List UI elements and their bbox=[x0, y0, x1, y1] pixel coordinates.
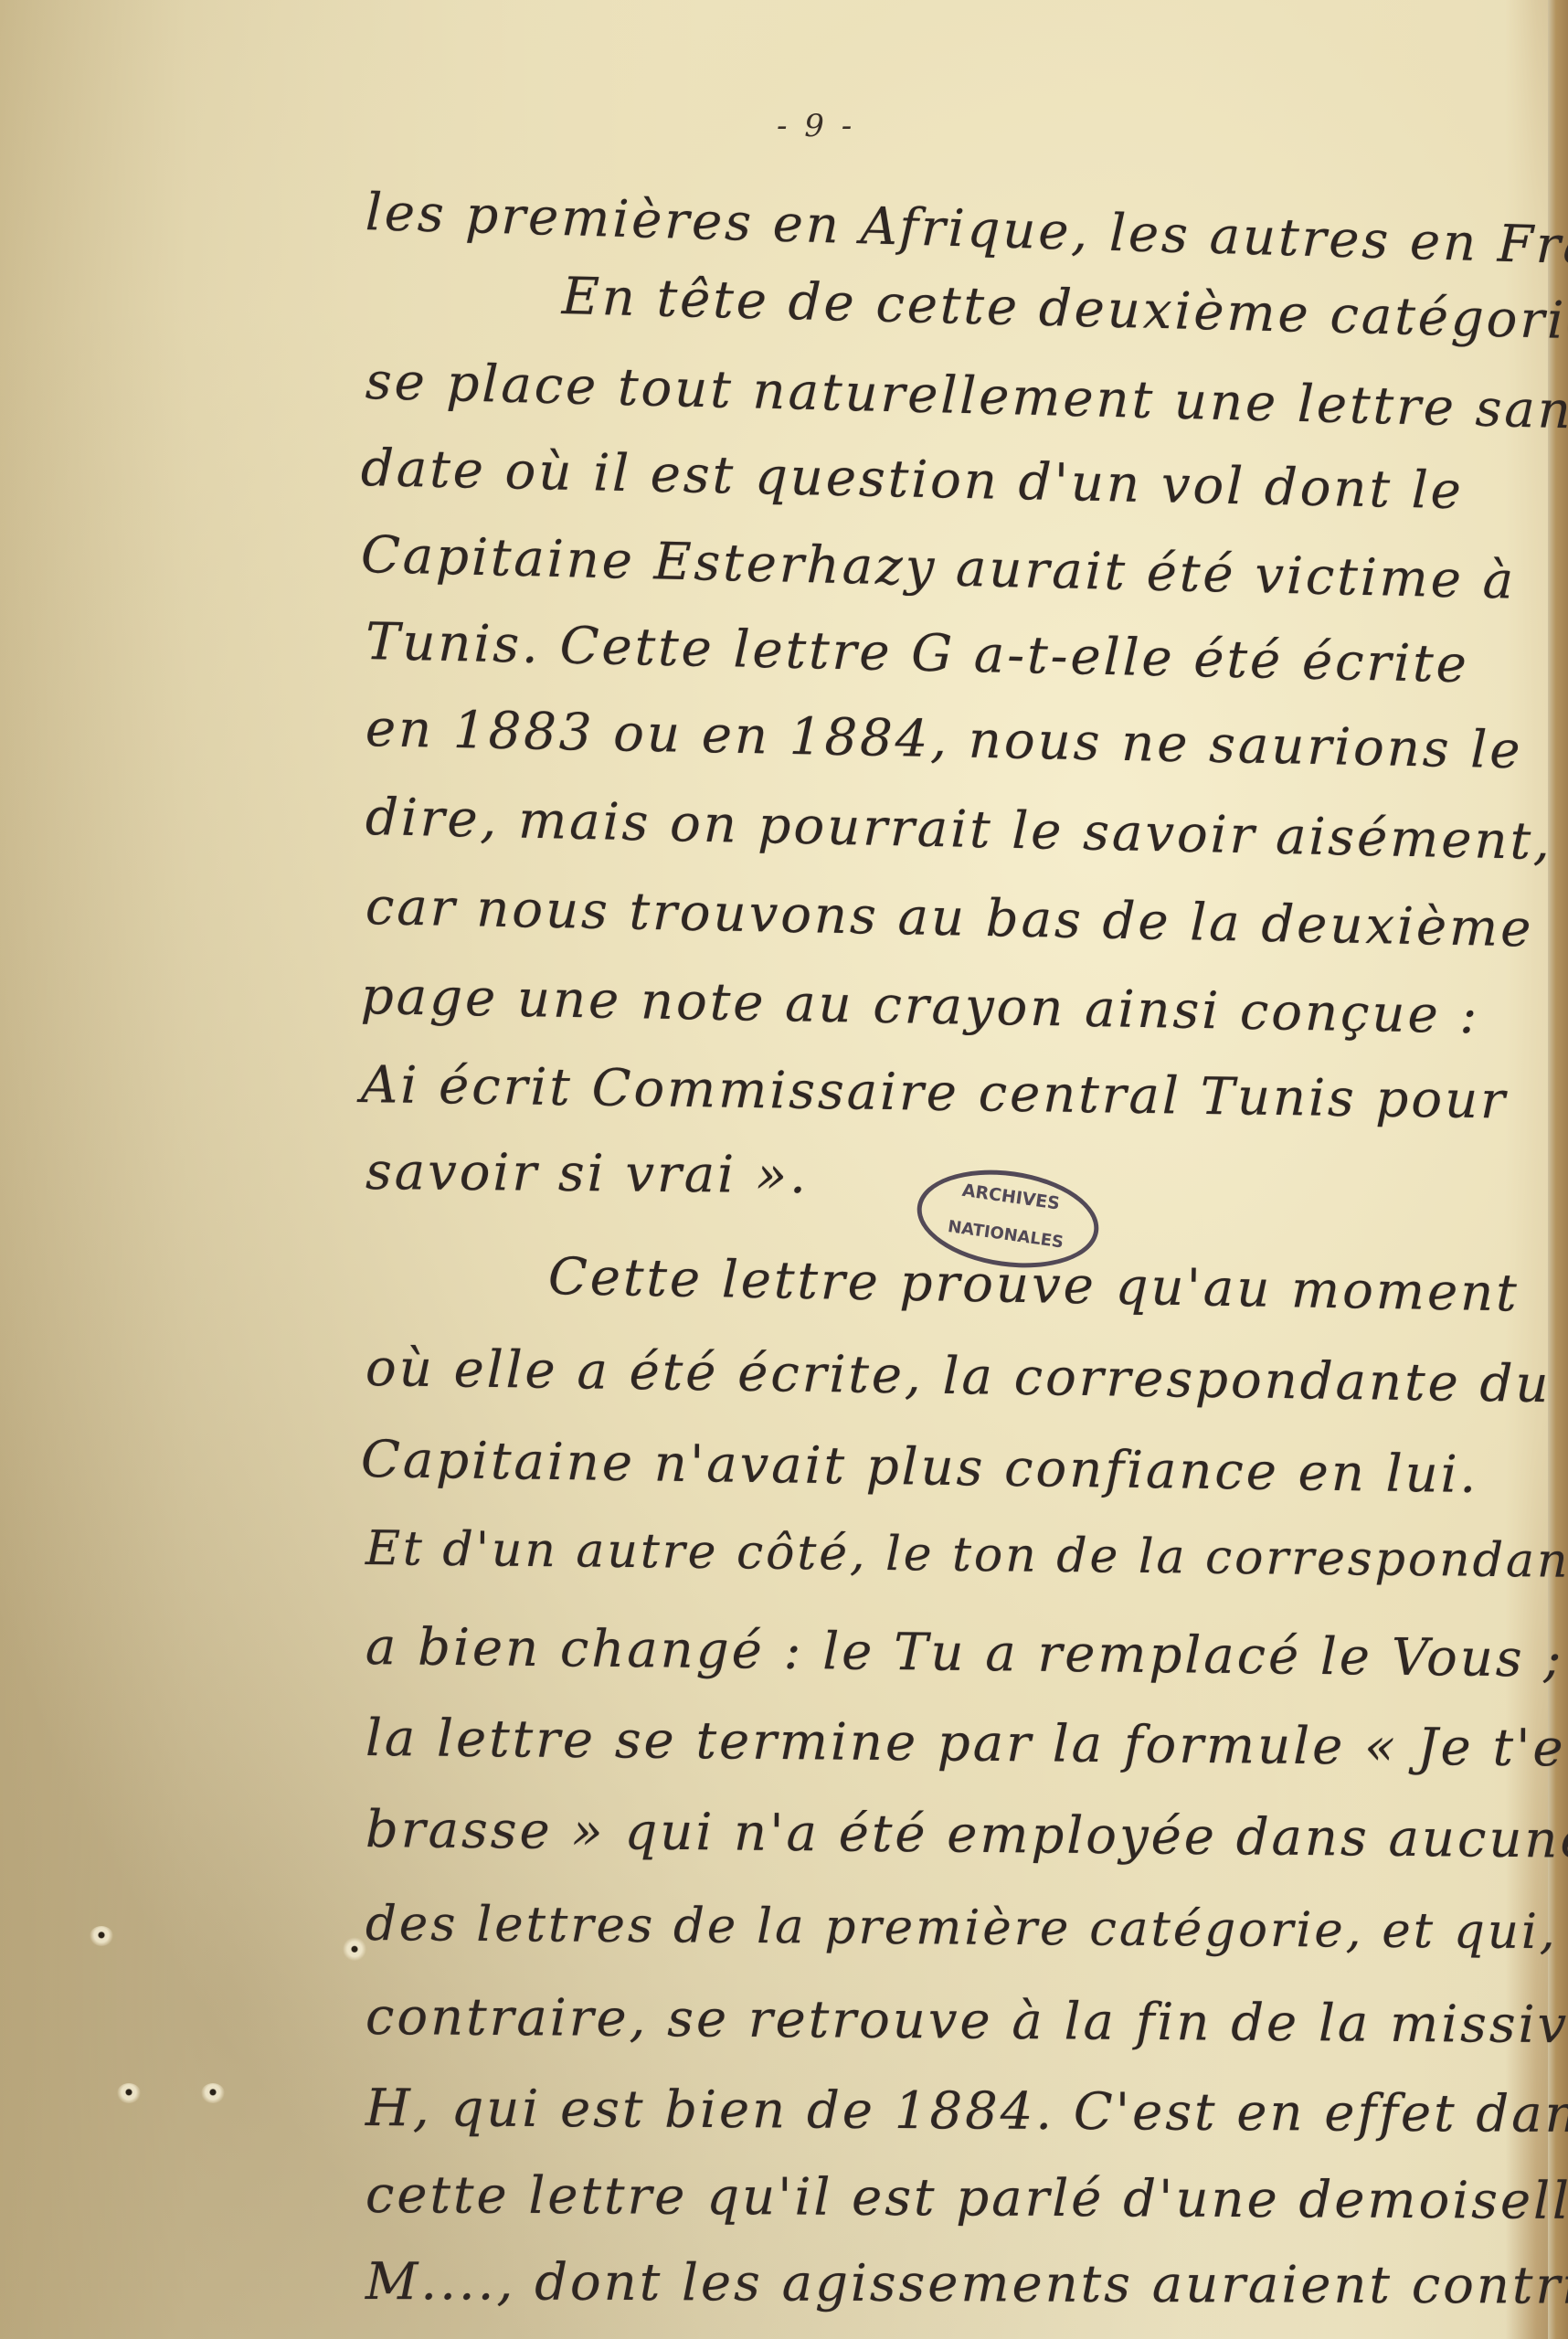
text-line: les premières en Afrique, les autres en … bbox=[365, 183, 1568, 280]
text-line: contraire, se retrouve à la fin de la mi… bbox=[366, 1987, 1568, 2055]
text-line: Tunis. Cette lettre G a-t-elle été écrit… bbox=[365, 612, 1469, 694]
text-line: Capitaine Esterhazy aurait été victime à bbox=[360, 525, 1517, 611]
stamp-top-text: ARCHIVES bbox=[924, 1175, 1098, 1219]
page-edge bbox=[1548, 0, 1568, 2339]
text-line: cette lettre qu'il est parlé d'une demoi… bbox=[366, 2165, 1568, 2231]
text-line: Et d'un autre côté, le ton de la corresp… bbox=[366, 1521, 1568, 1589]
text-line: des lettres de la première catégorie, et… bbox=[366, 1896, 1568, 1961]
text-line: date où il est question d'un vol dont le bbox=[360, 439, 1464, 521]
pin-hole bbox=[90, 1926, 113, 1946]
text-line: En tête de cette deuxième catégorie bbox=[561, 267, 1568, 352]
text-line: savoir si vrai ». bbox=[366, 1142, 810, 1205]
text-line: la lettre se termine par la formule « Je… bbox=[366, 1709, 1568, 1779]
text-line: Ai écrit Commissaire central Tunis pour bbox=[361, 1055, 1509, 1131]
manuscript-page: - 9 - les premières en Afrique, les autr… bbox=[0, 0, 1568, 2339]
page-number: - 9 - bbox=[777, 108, 855, 144]
stamp-bottom-text: NATIONALES bbox=[918, 1213, 1093, 1256]
text-line: dire, mais on pourrait le savoir aisémen… bbox=[365, 788, 1552, 872]
text-line: a bien changé : le Tu a remplacé le Vous… bbox=[366, 1617, 1564, 1689]
text-line: M...., dont les agissements auraient con… bbox=[366, 2252, 1568, 2316]
text-line: où elle a été écrite, la correspondante … bbox=[366, 1339, 1552, 1414]
text-line: page une note au crayon ainsi conçue : bbox=[360, 967, 1479, 1045]
text-line: brasse » qui n'a été employée dans aucun… bbox=[366, 1800, 1568, 1870]
text-line: Capitaine n'avait plus confiance en lui. bbox=[361, 1430, 1479, 1505]
pin-hole bbox=[201, 2083, 225, 2103]
pin-hole bbox=[117, 2083, 141, 2103]
text-line: se place tout naturellement une lettre s… bbox=[365, 352, 1568, 441]
text-line: en 1883 ou en 1884, nous ne saurions le bbox=[365, 699, 1523, 780]
text-line: H, qui est bien de 1884. C'est en effet … bbox=[366, 2079, 1568, 2144]
text-line: car nous trouvons au bas de la deuxième bbox=[365, 877, 1534, 959]
